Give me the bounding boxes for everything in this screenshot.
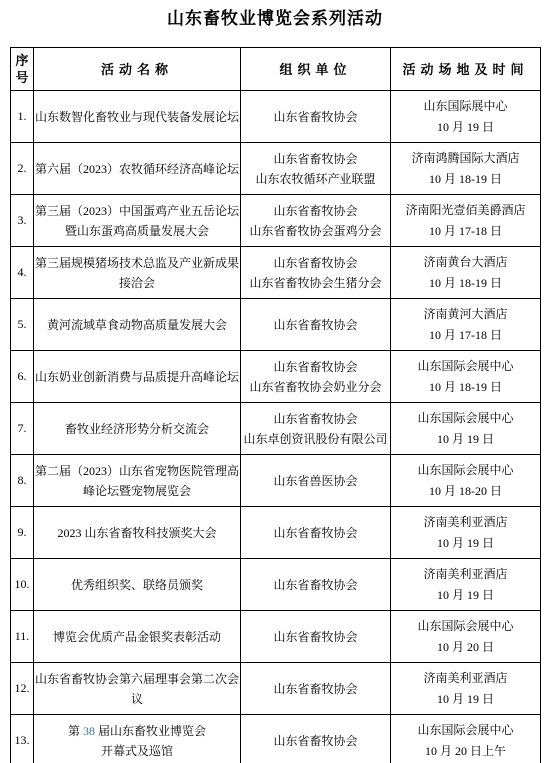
text-line: 山东省畜牧协会 [241,253,390,273]
row-index-cell: 3. [11,195,34,247]
table-row: 11.博览会优质产品金银奖表彰活动山东省畜牧协会山东国际会展中心10 月 20 … [11,611,541,663]
text-line: 山东卓创资讯股份有限公司 [241,429,390,449]
row-index-cell: 1. [11,91,34,143]
text-line: 山东省畜牧协会 [241,409,390,429]
activity-name-cell: 2023 山东省畜牧科技颁奖大会 [34,507,241,559]
venue-time-cell: 山东国际会展中心10 月 18-19 日 [391,351,541,403]
venue-time-cell: 济南美利亚酒店10 月 19 日 [391,559,541,611]
column-header-venue-time: 活动场地及时间 [391,48,541,91]
table-header: 序号 活动名称 组织单位 活动场地及时间 [11,48,541,91]
text-line: 10 月 18-19 日 [391,273,540,294]
text-line: 10 月 19 日 [391,117,540,138]
text-line: 山东国际会展中心 [391,720,540,741]
organizer-cell: 山东省畜牧协会 [241,299,391,351]
column-header-activity-name: 活动名称 [34,48,241,91]
text-line: 济南黄台大酒店 [391,252,540,273]
row-index-cell: 7. [11,403,34,455]
organizer-cell: 山东省畜牧协会 [241,611,391,663]
text-line: 2023 山东省畜牧科技颁奖大会 [34,523,240,543]
organizer-cell: 山东省畜牧协会山东农牧循环产业联盟 [241,143,391,195]
text-line: 第二届（2023）山东省宠物医院管理高 [34,461,240,481]
activity-name-cell: 第三届规模猪场技术总监及产业新成果接洽会 [34,247,241,299]
text-line: 山东省畜牧协会奶业分会 [241,377,390,397]
text-line: 山东省畜牧协会 [241,575,390,595]
activity-name-cell: 山东数智化畜牧业与现代装备发展论坛 [34,91,241,143]
text-line: 山东省畜牧协会 [241,523,390,543]
table-row: 3.第三届（2023）中国蛋鸡产业五岳论坛暨山东蛋鸡高质量发展大会山东省畜牧协会… [11,195,541,247]
activity-name-cell: 博览会优质产品金银奖表彰活动 [34,611,241,663]
text-line: 山东农牧循环产业联盟 [241,169,390,189]
accent-number: 38 [83,724,95,738]
organizer-cell: 山东省畜牧协会 [241,91,391,143]
table-row: 10.优秀组织奖、联络员颁奖山东省畜牧协会济南美利亚酒店10 月 19 日 [11,559,541,611]
organizer-cell: 山东省兽医协会 [241,455,391,507]
text-line: 山东省畜牧协会 [241,107,390,127]
text-line: 济南黄河大酒店 [391,304,540,325]
column-header-organizer: 组织单位 [241,48,391,91]
text-line: 济南美利亚酒店 [391,668,540,689]
table-row: 4.第三届规模猪场技术总监及产业新成果接洽会山东省畜牧协会山东省畜牧协会生猪分会… [11,247,541,299]
text-line: 山东数智化畜牧业与现代装备发展论坛 [34,107,240,127]
text-line: 接洽会 [34,273,240,293]
text-line: 山东省畜牧协会蛋鸡分会 [241,221,390,241]
table-row: 9.2023 山东省畜牧科技颁奖大会山东省畜牧协会济南美利亚酒店10 月 19 … [11,507,541,559]
page-title: 山东畜牧业博览会系列活动 [0,9,550,29]
text-line: 议 [34,689,240,709]
text-line: 山东奶业创新消费与品质提升高峰论坛 [34,367,240,387]
text-line: 10 月 20 日 [391,637,540,658]
text-line: 山东国际会展中心 [391,616,540,637]
row-index-cell: 12. [11,663,34,715]
text-line: 10 月 20 日上午 [391,741,540,762]
table-row: 13.第 38 届山东畜牧业博览会开幕式及巡馆山东省畜牧协会山东国际会展中心10… [11,715,541,763]
activity-name-cell: 优秀组织奖、联络员颁奖 [34,559,241,611]
text-line: 10 月 18-20 日 [391,481,540,502]
text-line: 10 月 19 日 [391,429,540,450]
table-row: 2.第六届（2023）农牧循环经济高峰论坛山东省畜牧协会山东农牧循环产业联盟济南… [11,143,541,195]
organizer-cell: 山东省畜牧协会 [241,663,391,715]
text-line: 济南鸿腾国际大酒店 [391,148,540,169]
row-index-cell: 8. [11,455,34,507]
activity-name-cell: 第 38 届山东畜牧业博览会开幕式及巡馆 [34,715,241,763]
text-line: 10 月 17-18 日 [391,221,540,242]
row-index-cell: 6. [11,351,34,403]
row-index-cell: 13. [11,715,34,763]
text-line: 济南阳光壹佰美爵酒店 [391,200,540,221]
text-line: 峰论坛暨宠物展览会 [34,481,240,501]
venue-time-cell: 山东国际会展中心10 月 19 日 [391,403,541,455]
venue-time-cell: 山东国际会展中心10 月 18-20 日 [391,455,541,507]
column-header-index: 序号 [11,48,34,91]
text-line: 博览会优质产品金银奖表彰活动 [34,627,240,647]
text-line: 第 38 届山东畜牧业博览会 [34,721,240,741]
table-row: 6.山东奶业创新消费与品质提升高峰论坛山东省畜牧协会山东省畜牧协会奶业分会山东国… [11,351,541,403]
text-line: 10 月 19 日 [391,689,540,710]
text-line: 开幕式及巡馆 [34,741,240,761]
text-line: 黄河流域草食动物高质量发展大会 [34,315,240,335]
text-line: 山东省畜牧协会生猪分会 [241,273,390,293]
venue-time-cell: 山东国际展中心10 月 19 日 [391,91,541,143]
venue-time-cell: 济南鸿腾国际大酒店10 月 18-19 日 [391,143,541,195]
table-row: 1.山东数智化畜牧业与现代装备发展论坛山东省畜牧协会山东国际展中心10 月 19… [11,91,541,143]
text-line: 济南美利亚酒店 [391,512,540,533]
venue-time-cell: 济南黄河大酒店10 月 17-18 日 [391,299,541,351]
text-line: 10 月 19 日 [391,533,540,554]
text-line: 暨山东蛋鸡高质量发展大会 [34,221,240,241]
text-line: 第三届规模猪场技术总监及产业新成果 [34,253,240,273]
text-line: 10 月 18-19 日 [391,377,540,398]
text-line: 济南美利亚酒店 [391,564,540,585]
table-row: 8.第二届（2023）山东省宠物医院管理高峰论坛暨宠物展览会山东省兽医协会山东国… [11,455,541,507]
table-row: 5.黄河流域草食动物高质量发展大会山东省畜牧协会济南黄河大酒店10 月 17-1… [11,299,541,351]
text-line: 10 月 18-19 日 [391,169,540,190]
text-line: 山东省畜牧协会 [241,731,390,751]
organizer-cell: 山东省畜牧协会山东省畜牧协会蛋鸡分会 [241,195,391,247]
venue-time-cell: 济南美利亚酒店10 月 19 日 [391,507,541,559]
document-page: 山东畜牧业博览会系列活动 序号 活动名称 组织单位 活动场地及时间 1.山东数智… [0,0,550,763]
text-line: 山东国际展中心 [391,96,540,117]
activity-name-cell: 山东奶业创新消费与品质提升高峰论坛 [34,351,241,403]
table-row: 7.畜牧业经济形势分析交流会山东省畜牧协会山东卓创资讯股份有限公司山东国际会展中… [11,403,541,455]
organizer-cell: 山东省畜牧协会 [241,507,391,559]
text-line: 山东省畜牧协会 [241,315,390,335]
organizer-cell: 山东省畜牧协会山东省畜牧协会奶业分会 [241,351,391,403]
text-line: 山东国际会展中心 [391,356,540,377]
activity-name-cell: 黄河流域草食动物高质量发展大会 [34,299,241,351]
venue-time-cell: 山东国际会展中心10 月 20 日上午 [391,715,541,763]
organizer-cell: 山东省畜牧协会山东卓创资讯股份有限公司 [241,403,391,455]
venue-time-cell: 济南黄台大酒店10 月 18-19 日 [391,247,541,299]
text-line: 第六届（2023）农牧循环经济高峰论坛 [34,159,240,179]
organizer-cell: 山东省畜牧协会 [241,559,391,611]
row-index-cell: 2. [11,143,34,195]
text-line: 山东省畜牧协会 [241,149,390,169]
text-line: 山东省畜牧协会 [241,679,390,699]
text-line: 10 月 19 日 [391,585,540,606]
text-line: 山东国际会展中心 [391,460,540,481]
text-line: 山东省畜牧协会第六届理事会第二次会 [34,669,240,689]
text-line: 山东省畜牧协会 [241,357,390,377]
table-header-row: 序号 活动名称 组织单位 活动场地及时间 [11,48,541,91]
activity-name-cell: 第六届（2023）农牧循环经济高峰论坛 [34,143,241,195]
text-line: 山东省兽医协会 [241,471,390,491]
table-row: 12.山东省畜牧协会第六届理事会第二次会议山东省畜牧协会济南美利亚酒店10 月 … [11,663,541,715]
text-line: 第三届（2023）中国蛋鸡产业五岳论坛 [34,201,240,221]
activity-name-cell: 畜牧业经济形势分析交流会 [34,403,241,455]
row-index-cell: 10. [11,559,34,611]
venue-time-cell: 山东国际会展中心10 月 20 日 [391,611,541,663]
text-line: 山东国际会展中心 [391,408,540,429]
text-line: 山东省畜牧协会 [241,627,390,647]
text-line: 优秀组织奖、联络员颁奖 [34,575,240,595]
venue-time-cell: 济南美利亚酒店10 月 19 日 [391,663,541,715]
activity-name-cell: 第三届（2023）中国蛋鸡产业五岳论坛暨山东蛋鸡高质量发展大会 [34,195,241,247]
text-line: 山东省畜牧协会 [241,201,390,221]
activity-name-cell: 山东省畜牧协会第六届理事会第二次会议 [34,663,241,715]
events-table: 序号 活动名称 组织单位 活动场地及时间 1.山东数智化畜牧业与现代装备发展论坛… [10,47,541,763]
activity-name-cell: 第二届（2023）山东省宠物医院管理高峰论坛暨宠物展览会 [34,455,241,507]
text-line: 10 月 17-18 日 [391,325,540,346]
venue-time-cell: 济南阳光壹佰美爵酒店10 月 17-18 日 [391,195,541,247]
organizer-cell: 山东省畜牧协会山东省畜牧协会生猪分会 [241,247,391,299]
row-index-cell: 9. [11,507,34,559]
row-index-cell: 4. [11,247,34,299]
table-body: 1.山东数智化畜牧业与现代装备发展论坛山东省畜牧协会山东国际展中心10 月 19… [11,91,541,763]
organizer-cell: 山东省畜牧协会 [241,715,391,763]
text-line: 畜牧业经济形势分析交流会 [34,419,240,439]
row-index-cell: 11. [11,611,34,663]
row-index-cell: 5. [11,299,34,351]
